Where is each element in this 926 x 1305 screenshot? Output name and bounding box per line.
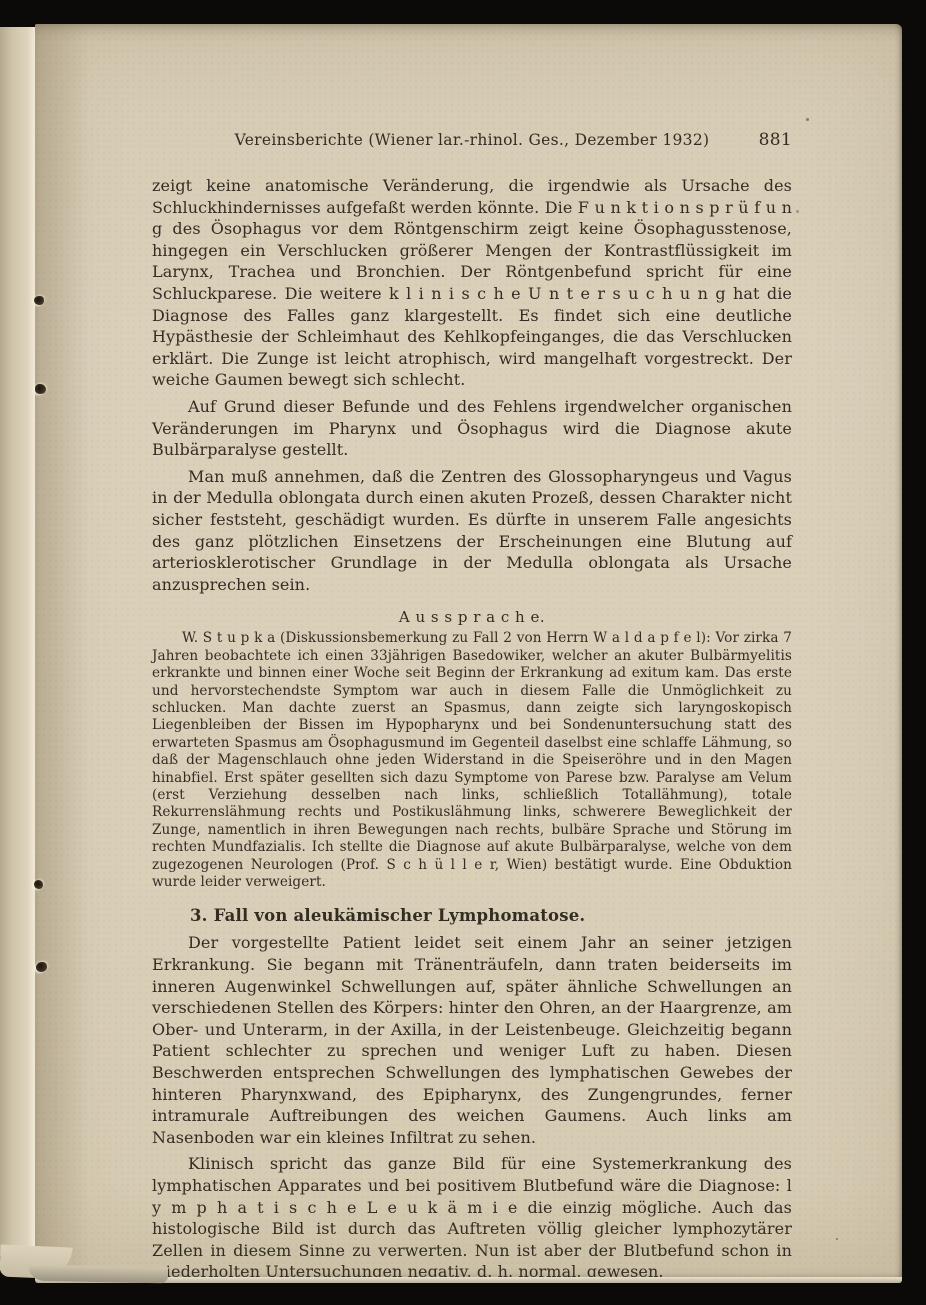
gutter-page-edge — [0, 27, 36, 1259]
paragraph-schluckparese: zeigt keine anatomische Veränderung, die… — [152, 175, 792, 391]
case-heading-lymphomatose: 3. Fall von aleukämischer Lymphomatose. — [190, 906, 792, 925]
discussion-heading: A u s s p r a c h e. — [152, 608, 792, 626]
binding-hole — [34, 296, 44, 305]
scanned-book-photo: { "header": { "title": "Vereinsberichte … — [0, 0, 926, 1305]
paper-speck — [796, 210, 799, 213]
journal-page: Vereinsberichte (Wiener lar.-rhinol. Ges… — [35, 24, 902, 1279]
page-stack-curl — [28, 1265, 168, 1284]
binding-hole — [36, 962, 47, 972]
discussion-remark-stupka: W. S t u p k a (Diskussionsbemerkung zu … — [152, 630, 792, 891]
paragraph-klinische-deutung: Klinisch spricht das ganze Bild für eine… — [152, 1153, 792, 1283]
paragraph-medulla-blutung: Man muß annehmen, daß die Zentren des Gl… — [152, 466, 792, 596]
paper-speck — [806, 118, 809, 121]
binding-hole — [34, 880, 43, 889]
paragraph-diagnose-bulbaerparalyse: Auf Grund dieser Befunde und des Fehlens… — [152, 396, 792, 461]
paragraph-patient-anamnese: Der vorgestellte Patient leidet seit ein… — [152, 932, 792, 1148]
running-header: Vereinsberichte (Wiener lar.-rhinol. Ges… — [152, 131, 792, 152]
gutter-shadow — [35, 24, 90, 1279]
page-number: 881 — [759, 130, 792, 150]
running-header-title: Vereinsberichte (Wiener lar.-rhinol. Ges… — [152, 131, 792, 149]
binding-hole — [35, 384, 46, 394]
paper-speck — [540, 1210, 542, 1212]
paper-speck — [836, 1238, 838, 1240]
page-content: Vereinsberichte (Wiener lar.-rhinol. Ges… — [152, 131, 792, 1283]
paper-speck — [255, 1188, 258, 1190]
